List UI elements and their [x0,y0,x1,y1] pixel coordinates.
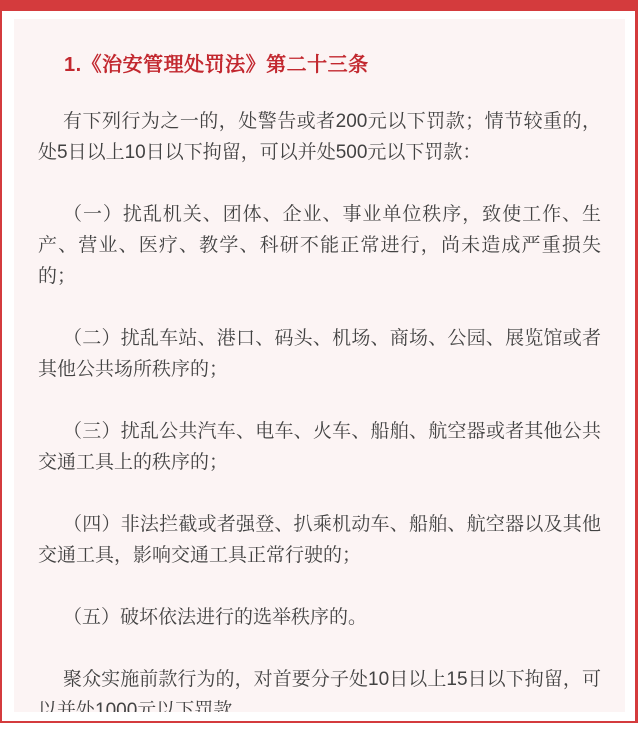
article-item-2: （二）扰乱车站、港口、码头、机场、商场、公园、展览馆或者其他公共场所秩序的； [38,323,601,385]
article-item-1: （一）扰乱机关、团体、企业、事业单位秩序，致使工作、生产、营业、医疗、教学、科研… [38,199,601,292]
article-item-5: （五）破坏依法进行的选举秩序的。 [38,602,601,633]
article-page: 1.《治安管理处罚法》第二十三条 有下列行为之一的，处警告或者200元以下罚款；… [0,0,638,729]
law-article-card: 1.《治安管理处罚法》第二十三条 有下列行为之一的，处警告或者200元以下罚款；… [14,19,625,712]
article-closing-paragraph: 聚众实施前款行为的，对首要分子处10日以上15日以下拘留，可以并处1000元以下… [38,664,601,712]
top-red-bar [0,0,638,11]
article-item-3: （三）扰乱公共汽车、电车、火车、船舶、航空器或者其他公共交通工具上的秩序的； [38,416,601,478]
article-title: 1.《治安管理处罚法》第二十三条 [64,52,601,78]
bottom-red-border [0,721,638,723]
article-lead-paragraph: 有下列行为之一的，处警告或者200元以下罚款；情节较重的，处5日以上10日以下拘… [38,106,601,168]
article-item-4: （四）非法拦截或者强登、扒乘机动车、船舶、航空器以及其他交通工具，影响交通工具正… [38,509,601,571]
left-red-border [0,0,2,723]
